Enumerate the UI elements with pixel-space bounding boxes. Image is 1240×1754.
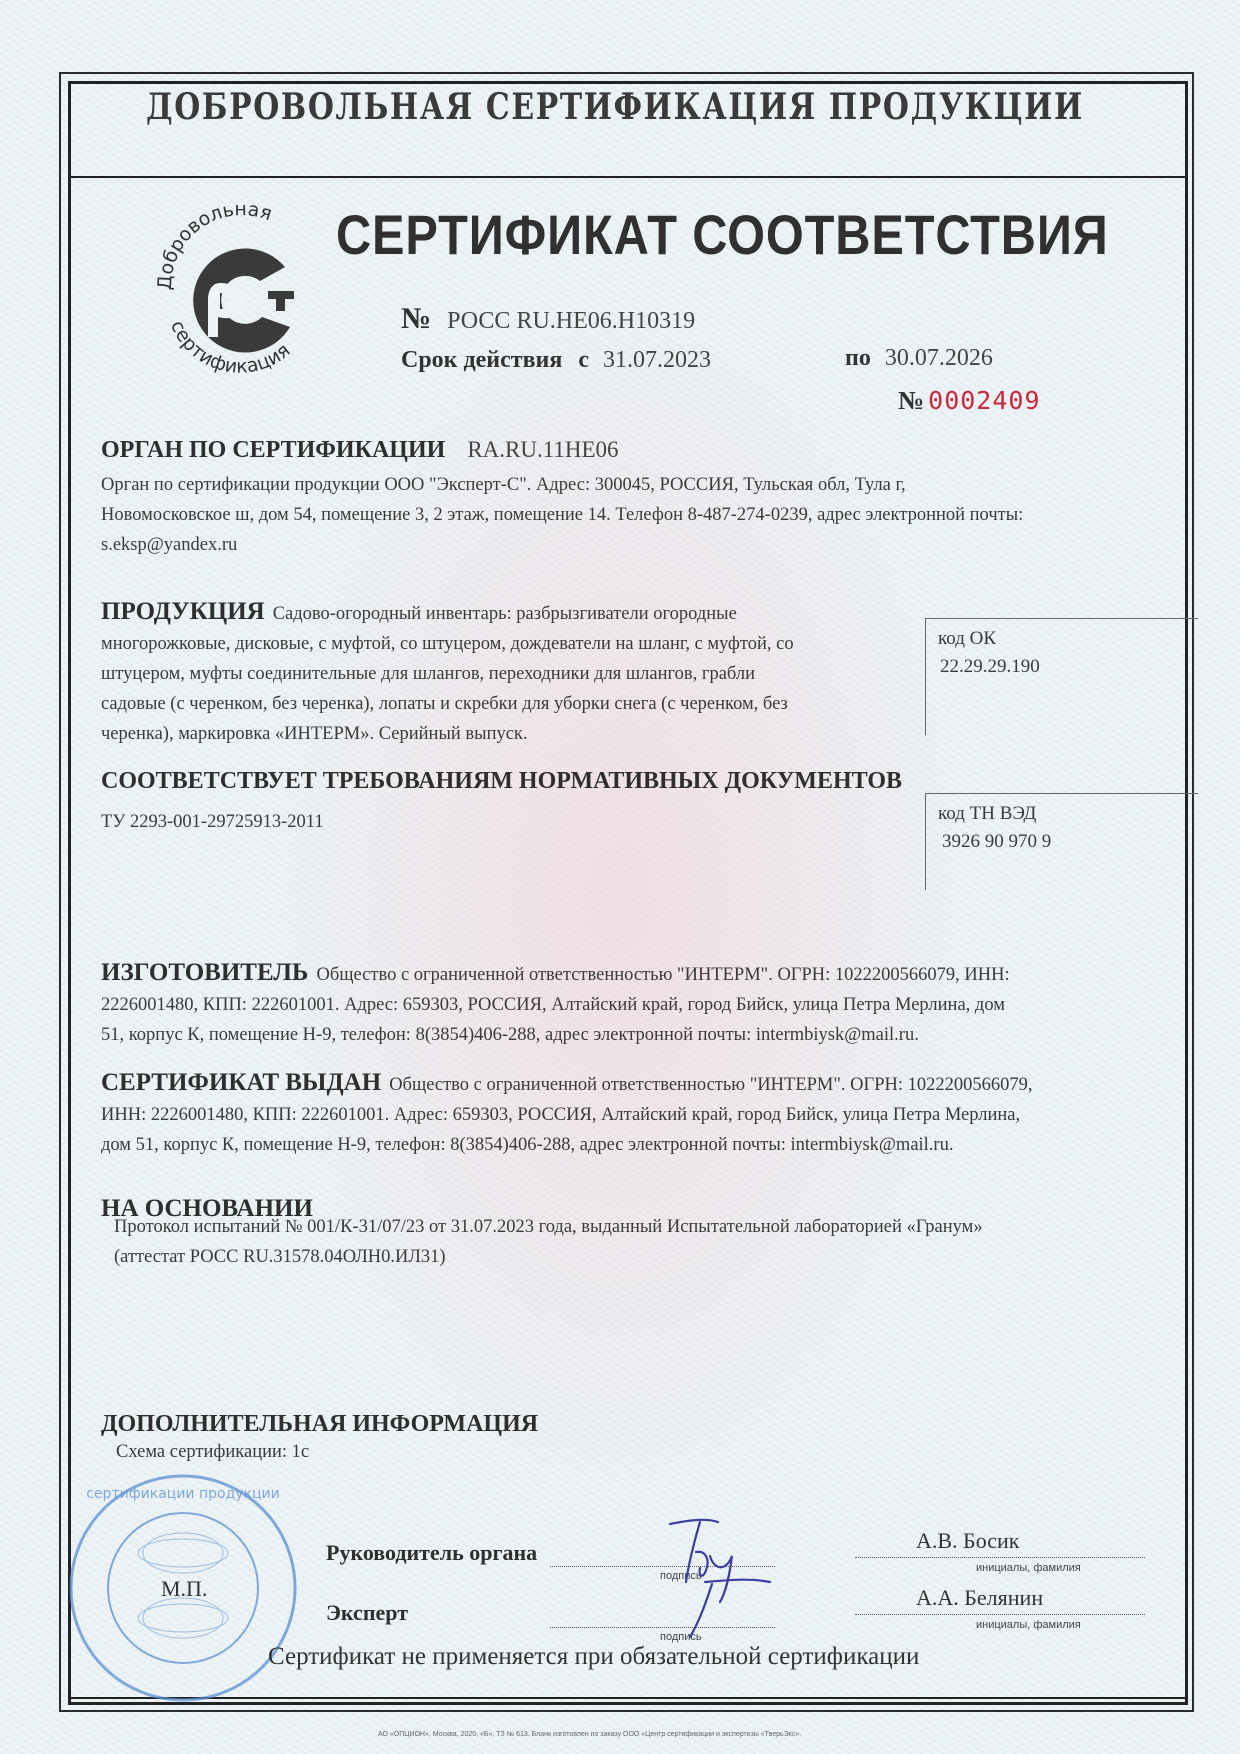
certification-body-details: Орган по сертификации продукции ООО "Экс… <box>101 470 1023 560</box>
rst-voluntary-certification-logo-icon: Добровольная сертификация <box>150 205 335 390</box>
compliance-heading: СООТВЕТСТВУЕТ ТРЕБОВАНИЯМ НОРМАТИВНЫХ ДО… <box>101 768 902 795</box>
normative-document: ТУ 2293-001-29725913-2011 <box>101 807 324 837</box>
tnved-code-value: 3926 90 970 9 <box>938 828 1198 856</box>
product-heading: ПРОДУКЦИЯ <box>101 598 265 625</box>
ok-code-value: 22.29.29.190 <box>938 653 1198 681</box>
valid-from-date: 31.07.2023 <box>603 347 711 373</box>
issued-to-heading: СЕРТИФИКАТ ВЫДАН <box>101 1069 381 1096</box>
head-of-body-name: А.В. Босик <box>916 1528 1019 1554</box>
handwritten-signature-icon <box>660 1512 780 1642</box>
mandatory-certification-notice: Сертификат не применяется при обязательн… <box>268 1643 919 1671</box>
validity-period: Срок действия с 31.07.2023 <box>401 347 711 374</box>
expert-name-caption: инициалы, фамилия <box>976 1619 1081 1631</box>
certification-body-code: RA.RU.11НЕ06 <box>467 437 618 462</box>
certification-body-heading: ОРГАН ПО СЕРТИФИКАЦИИ RA.RU.11НЕ06 <box>101 437 619 464</box>
expert-name: А.А. Белянин <box>916 1585 1043 1611</box>
issued-to-section: СЕРТИФИКАТ ВЫДАНОбщество с ограниченной … <box>101 1068 1141 1160</box>
ok-code-box: код ОК 22.29.29.190 <box>925 618 1198 735</box>
certification-scheme: Схема сертификации: 1с <box>116 1437 309 1467</box>
valid-to-date: 30.07.2026 <box>885 345 993 371</box>
ok-code-label: код ОК <box>938 625 1198 653</box>
svg-text:М.П.: М.П. <box>161 1576 207 1601</box>
tnved-code-label: код ТН ВЭД <box>938 800 1198 828</box>
manufacturer-section: ИЗГОТОВИТЕЛЬОбщество с ограниченной отве… <box>101 958 1141 1050</box>
blank-serial-number: № 0002409 <box>898 386 1041 416</box>
tnved-code-box: код ТН ВЭД 3926 90 970 9 <box>925 793 1198 890</box>
serial-value: 0002409 <box>928 386 1040 415</box>
expert-label: Эксперт <box>326 1600 408 1626</box>
certificate-number: № РОСС RU.НЕ06.Н10319 <box>401 302 695 336</box>
product-section: ПРОДУКЦИЯСадово-огородный инвентарь: раз… <box>101 597 921 749</box>
additional-info-heading: ДОПОЛНИТЕЛЬНАЯ ИНФОРМАЦИЯ <box>101 1411 538 1438</box>
header-divider <box>68 176 1185 178</box>
head-of-body-label: Руководитель органа <box>326 1540 537 1566</box>
valid-to: по 30.07.2026 <box>845 345 993 372</box>
print-imprint: АО «ОПЦИОН», Москва, 2020, «Б», ТЗ № 613… <box>378 1731 801 1738</box>
svg-text:сертификации продукции: сертификации продукции <box>86 1486 279 1502</box>
certificate-title: СЕРТИФИКАТ СООТВЕТСТВИЯ <box>336 202 1109 267</box>
certificate-number-value: РОСС RU.НЕ06.Н10319 <box>447 308 695 334</box>
blue-round-seal-icon: сертификации продукции М.П. <box>63 1468 303 1708</box>
basis-details: Протокол испытаний № 001/К-31/07/23 от 3… <box>114 1212 983 1272</box>
manufacturer-heading: ИЗГОТОВИТЕЛЬ <box>101 959 308 986</box>
head-name-caption: инициалы, фамилия <box>976 1562 1081 1574</box>
top-title: ДОБРОВОЛЬНАЯ СЕРТИФИКАЦИЯ ПРОДУКЦИИ <box>146 86 1084 128</box>
